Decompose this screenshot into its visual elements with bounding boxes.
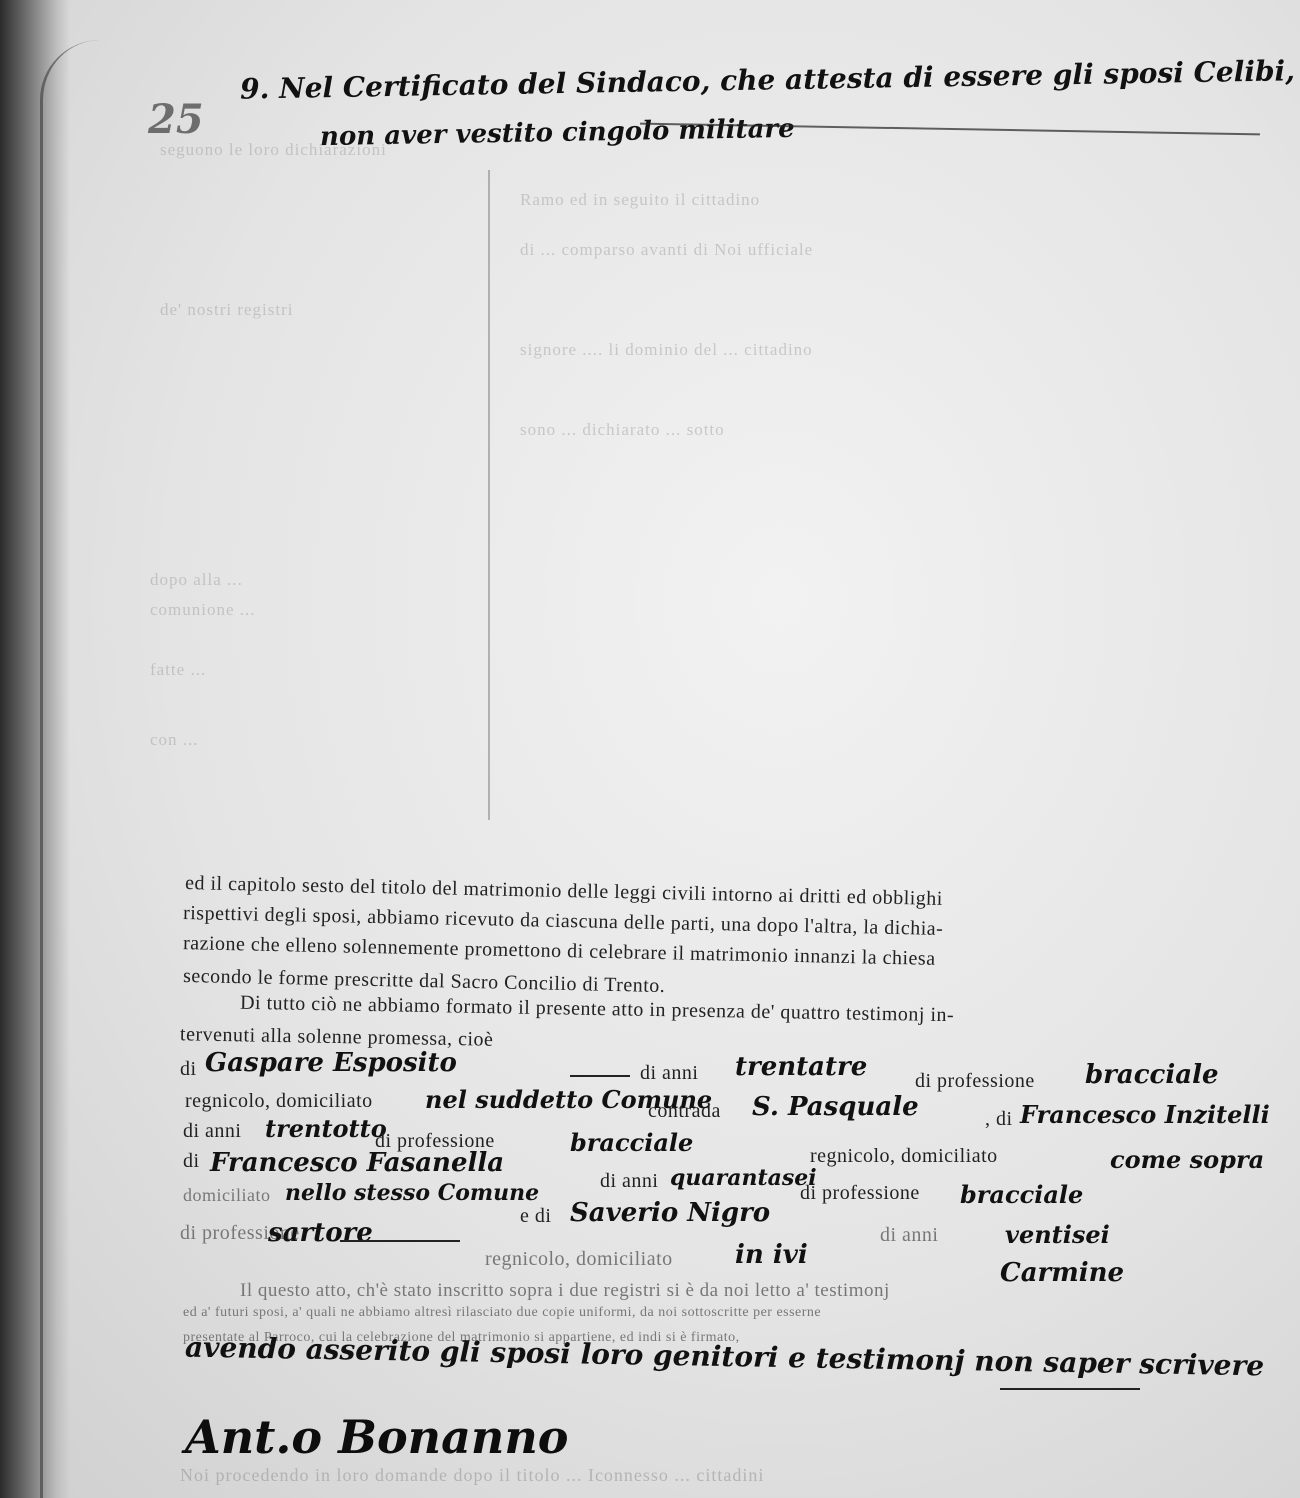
witness-4-age-label: di anni bbox=[880, 1224, 939, 1247]
witness-4-age: ventisei bbox=[1005, 1220, 1110, 1249]
bleed-through-text: Ramo ed in seguito il cittadino bbox=[520, 190, 760, 210]
witness-3-residence-label: domiciliato bbox=[183, 1185, 270, 1206]
witness-3-profession-label: di professione bbox=[800, 1182, 920, 1205]
witness-1-street: S. Pasquale bbox=[752, 1092, 919, 1122]
witness-2-age: trentotto bbox=[265, 1114, 387, 1143]
witness-2-residence-label: regnicolo, domiciliato bbox=[810, 1145, 998, 1168]
witness-3-profession: bracciale bbox=[960, 1180, 1083, 1209]
column-divider-bleed-through bbox=[488, 170, 490, 820]
witness-4-name: Saverio Nigro bbox=[570, 1198, 770, 1228]
closing-line-1: Il questo atto, ch'è stato inscritto sop… bbox=[240, 1280, 890, 1302]
bleed-through-text: fatte ... bbox=[150, 660, 206, 680]
witness-4-residence: in ivi bbox=[735, 1240, 808, 1270]
witness-1-profession-label: di professione bbox=[915, 1070, 1035, 1093]
witness-3-name: Francesco Fasanella bbox=[210, 1148, 504, 1178]
witness-1-profession: bracciale bbox=[1085, 1060, 1219, 1090]
witness-4-street: Carmine bbox=[1000, 1258, 1124, 1288]
bleed-through-text: de' nostri registri bbox=[160, 300, 293, 320]
witness-2-intro: , di bbox=[985, 1108, 1013, 1131]
fill-line bbox=[1000, 1388, 1140, 1390]
witness-2-profession: bracciale bbox=[570, 1128, 693, 1157]
label-di: di bbox=[180, 1058, 197, 1081]
page-curl-edge bbox=[40, 40, 153, 1498]
witness-1-residence-label: regnicolo, domiciliato bbox=[185, 1090, 373, 1113]
witness-1-name: Gaspare Esposito bbox=[205, 1048, 457, 1078]
fill-line bbox=[570, 1075, 630, 1077]
witness-4-intro: e di bbox=[520, 1205, 551, 1228]
bleed-through-text: comunione ... bbox=[150, 600, 256, 620]
witness-1-age-label: di anni bbox=[640, 1062, 699, 1085]
signature: Ant.o Bonanno bbox=[185, 1410, 568, 1464]
bleed-through-text: dopo alla ... bbox=[150, 570, 243, 590]
witness-4-profession: sartore bbox=[268, 1218, 373, 1248]
closing-line-2: ed a' futuri sposi, a' quali ne abbiamo … bbox=[183, 1305, 821, 1321]
witness-1-street-label: contrada bbox=[648, 1100, 721, 1123]
witness-2-age-label: di anni bbox=[183, 1120, 242, 1143]
witness-2-residence: come sopra bbox=[1110, 1145, 1264, 1174]
witness-4-residence-label: regnicolo, domiciliato bbox=[485, 1248, 673, 1271]
witness-3-residence: nello stesso Comune bbox=[285, 1180, 539, 1206]
header-annotation-line-1: 9. Nel Certificato del Sindaco, che atte… bbox=[240, 51, 1300, 105]
witness-2-name: Francesco Inzitelli bbox=[1020, 1100, 1270, 1129]
bleed-through-text: di ... comparso avanti di Noi ufficiale bbox=[520, 240, 813, 260]
marginal-number: 25 bbox=[148, 96, 204, 143]
bleed-through-text: signore .... li dominio del ... cittadin… bbox=[520, 340, 813, 360]
document-page: seguono le loro dichiarazioni Ramo ed in… bbox=[0, 0, 1300, 1498]
fill-line bbox=[340, 1240, 460, 1242]
header-annotation-line-2: non aver vestito cingolo militare bbox=[320, 114, 795, 152]
witness-3-intro: di bbox=[183, 1150, 200, 1173]
footer-faint-text: Noi procedendo in loro domande dopo il t… bbox=[180, 1465, 764, 1486]
body-line-5: Di tutto ciò ne abbiamo formato il prese… bbox=[240, 992, 954, 1027]
witness-3-age-label: di anni bbox=[600, 1170, 659, 1193]
bleed-through-text: con ... bbox=[150, 730, 199, 750]
bleed-through-text: sono ... dichiarato ... sotto bbox=[520, 420, 725, 440]
witness-3-age: quarantasei bbox=[670, 1165, 817, 1191]
witness-1-age: trentatre bbox=[735, 1052, 867, 1082]
